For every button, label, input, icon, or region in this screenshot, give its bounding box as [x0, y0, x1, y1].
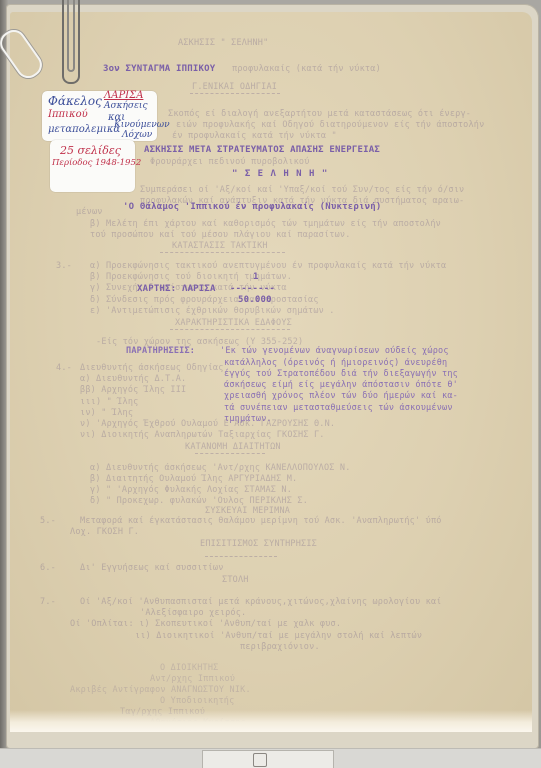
handwritten-note: Ιππικού [48, 110, 88, 120]
sleeve-tab [202, 750, 334, 768]
faint-signature: Ο Υποδιοικητής [160, 697, 234, 706]
exercise-subject: 'Ο Θάλαμος 'Ιππικού έν προφυλακαίς (Νυκτ… [123, 203, 381, 212]
remarks-line: κατάλληλος (όρεινός ή ήμιορεινός) άνευρέ… [224, 359, 447, 368]
map-scale-denominator: 50.000 [238, 296, 272, 305]
handwritten-note: Λόχων [122, 131, 152, 140]
handwritten-note: μεταπολεμικά [48, 125, 120, 135]
remarks-line: έγγύς τού Στρατοπέδου διά τήν διεξαγωγήν… [224, 370, 458, 379]
faint-line: ιν) " Ίλης [80, 409, 133, 418]
faint-line: ιιι) " Ίλης [80, 398, 139, 407]
faint-line: δ) " Προκεχωρ. φυλακών 'Ουλος ΠΕΡΙΚΛΗΣ Σ… [90, 497, 308, 506]
remarks-line: 'Εκ τών γενομένων άναγνωρίσεων ούδείς χώ… [220, 347, 449, 356]
faint-line: Διευθυντής άσκήσεως Οδηγίας [80, 364, 224, 373]
faint-line: ειών προφυλακής καί Οδηγού διατηρούμενον… [176, 121, 484, 130]
faint-line: ν) 'Αρχηγός Έχθρού Ουλαμού Ε Ασκ. ΓΑΖΡΟΥ… [80, 420, 335, 429]
faint-signature: Ο ΔΙΟΙΚΗΤΗΣ [160, 664, 219, 673]
faint-line: Μεταφορά καί έγκατάστασις θαλάμου μερίμν… [80, 517, 442, 526]
map-scale-numerator: 1 [253, 273, 259, 282]
exercise-code-name: " Σ Ε Λ Η Ν Η " [232, 170, 328, 179]
faint-signature: Ακριβές Αντίγραφον ΑΝΑΓΝΩΣΤΟΥ ΝΙΚ. [70, 686, 251, 695]
item-number: 4.- [56, 364, 72, 373]
faint-line: μένων [76, 208, 103, 217]
faint-line: ιι) Διοικητικοί 'Ανθυπ/ταί με μεγάλην στ… [135, 632, 422, 641]
map-scale-bar: -------- [230, 285, 275, 294]
faint-line: περιβραχιόνιον. [240, 643, 320, 652]
faint-line: α) Διευθυντής Δ.Τ.Α. [80, 375, 186, 384]
faint-line: Συμπεράσει οί 'Αξ/κοί καί 'Υπαξ/κοί τού … [140, 186, 464, 195]
remarks-line: τά συνέπειαν μετασταθμεύσεις τών άσκουμέ… [224, 404, 453, 413]
faint-line: α) Προεκφώνησις τακτικού ανεπτυγμένου έν… [90, 262, 446, 271]
map-label: ΧΑΡΤΗΣ: ΛΑΡΙΣΑ [137, 285, 216, 294]
unit-heading: 3ον ΣΥΝΤΑΓΜΑ ΙΠΠΙΚΟΥ [103, 65, 215, 74]
faint-line: α) Διευθυντής άσκήσεως 'Αντ/ρχης ΚΑΝΕΛΛΟ… [90, 464, 351, 473]
archive-sticker-top: Φάκελος ΛΑΡΙΣΑ Ασκήσεις Ιππικού και μετα… [42, 91, 157, 141]
faint-line: β) Προεκφώνησις τού διοικητή τμημάτων. [90, 273, 292, 282]
remarks-line: άσκήσεως είμή είς μεγάλην άπόστασιν όπότ… [224, 381, 458, 390]
faint-line: Λοχ. ΓΚΟΣΗ Γ. [70, 528, 139, 537]
wire-clip-icon [62, 0, 80, 84]
faint-subheading: Φρουράρχει πεδινού πυροβολικού [150, 158, 310, 167]
handwritten-note: Κινούμενων [114, 121, 170, 130]
faint-underline [195, 453, 265, 455]
faint-line: τού προσώπου καί τού μέσου πλάγιου καί π… [90, 231, 351, 240]
faint-line: ββ) Αρχηγός Ίλης ΙΙΙ [80, 386, 186, 395]
remarks-label: ΠΑΡΑΤΗΡΗΣΕΙΣ: [126, 347, 195, 356]
faint-line: Σκοπός εί διαλογή ανεξαρτήτου μετά κατασ… [168, 110, 471, 119]
faint-underline [190, 93, 280, 95]
faint-signature: Ταγ/ρχης Ιππικού [120, 708, 205, 717]
faint-line: ε) 'Αντιμετώπισις έχθρικών θορυβικών σημ… [90, 307, 335, 316]
faint-signature: Αντ/ρχης Ιππικού [150, 675, 235, 684]
faint-line: δ) Σύνδεσις πρός φρουράρχεια καί προστασ… [90, 296, 319, 305]
exercise-title: ΑΣΚΗΣΙΣ ΜΕΤΑ ΣΤΡΑΤΕΥΜΑΤΟΣ ΑΠΑΣΗΣ ΕΝΕΡΓΕΙ… [144, 146, 380, 155]
faint-underline [170, 329, 290, 331]
faint-top-title: ΑΣΚΗΣΙΣ " ΣΕΛΗΝΗ" [178, 39, 268, 48]
tab-mark-icon [253, 753, 267, 767]
handwritten-city: ΛΑΡΙΣΑ [104, 91, 143, 101]
faint-line: γ) " 'Αρχηγός Φυλακής Λοχίας ΣΤΑΜΑΣ Ν. [90, 486, 292, 495]
faint-line: έν προφυλακαίς κατά τήν νύκτα " [172, 132, 337, 141]
handwritten-note: Φάκελος [48, 95, 102, 107]
faint-underline [205, 556, 277, 558]
faint-heading: ΕΠΙΣΙΤΙΣΜΟΣ ΣΥΝΤΗΡΗΣΙΣ [200, 540, 317, 549]
faint-line: β) Διαιτητής Ουλαμού Ίλης ΑΡΓΥΡΙΑΔΗΣ Μ. [90, 475, 297, 484]
faint-line: νι) Διοικητής Αναπληρωτών Ταξιαρχίας ΓΚΟ… [80, 431, 325, 440]
item-number: 6.- [40, 564, 56, 573]
faint-line: 'Αλεξίσφαιρο χειρός. [140, 609, 246, 618]
faint-section-heading: Γ.ΕΝΙΚΑΙ ΟΔΗΓΙΑΙ [192, 83, 277, 92]
item-number: 5.- [40, 517, 56, 526]
handwritten-page-count: 25 σελίδες [60, 145, 121, 156]
faint-heading: ΚΑΤΑΣΤΑΣΙΣ ΤΑΚΤΙΚΗ [172, 242, 268, 251]
unit-heading-faint-suffix: προφυλακαίς (κατά τήν νύκτα) [232, 65, 381, 74]
handwritten-period: Περίοδος 1948-1952 [52, 159, 141, 168]
remarks-line: χρειασθή χρόνος πλέον τών δύο ήμερών καί… [224, 392, 458, 401]
faint-line: Δι' Εγγυήσεως καί συσσιτίων [80, 564, 224, 573]
faint-signature: Αθανάσιος Κυρίτσης [150, 719, 246, 728]
faint-heading: ΚΑΤΑΝΟΜΗ ΔΙΑΙΤΗΤΩΝ [185, 443, 281, 452]
item-number: 7.- [40, 598, 56, 607]
faint-heading: ΣΤΟΛΗ [222, 576, 249, 585]
faint-underline [160, 252, 285, 254]
faint-heading: ΣΥΣΚΕΥΑΙ ΜΕΡΙΜΝΑ [205, 507, 290, 516]
handwritten-note: Ασκήσεις [104, 102, 147, 111]
faint-line: Οί 'Αξ/κοί 'Ανθυπασπισταί μετά κράνους,χ… [80, 598, 442, 607]
item-number: 3.- [56, 262, 72, 271]
faint-heading: ΧΑΡΑΚΤΗΡΙΣΤΙΚΑ ΕΔΑΦΟΥΣ [175, 319, 292, 328]
faint-line: β) Μελέτη έπι χάρτου καί καθορισμός τών … [90, 220, 441, 229]
archive-sticker-bottom: 25 σελίδες Περίοδος 1948-1952 [50, 140, 135, 192]
faint-line: Οί 'Οπλίται: ι) Σκοπευτικοί 'Ανθυπ/ταί μ… [70, 620, 341, 629]
